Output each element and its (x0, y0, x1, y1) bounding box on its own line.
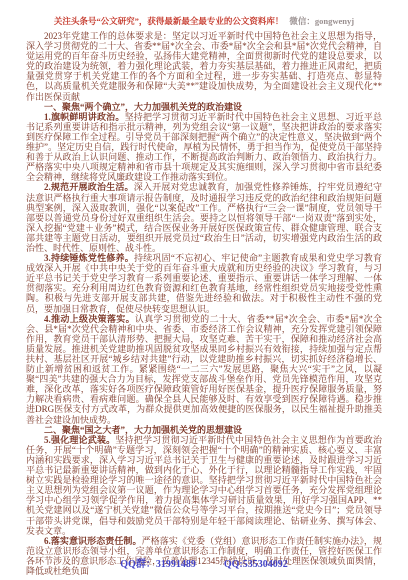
header-banner: 关注头条号“公文研究”，获得最新最全最专业的公文资料库！微信：gongwenyj (0, 0, 408, 27)
banner-notice: 关注头条号“公文研究”，获得最新最全最专业的公文资料库！ (54, 16, 284, 26)
paragraph-2: 2.规范开展政治生活。深入开展对党忠诚教育，加强党性修养锤炼，拧牢党员遵纪守法意… (26, 182, 382, 253)
page: { "header": { "notice": "关注头条号“公文研究”，获得最… (0, 0, 408, 580)
section-heading-2: 二、聚焦“国之大者”，大力加强机关党的思想建设 (26, 425, 382, 435)
footer-contact: QQ群：31991489QQ:535304092 (0, 555, 408, 570)
paragraph-lead: 5.强化理论武装。 (44, 435, 115, 445)
qq-group-number: QQ群：31991489 (120, 559, 196, 570)
paragraph-text: 认真学习贯彻党的二十大、省委**届*次全会、市委*届*次全会、县*届*次党代会精… (26, 314, 382, 425)
paragraph-5: 5.强化理论武装。坚持把学习贯彻习近平新时代中国特色社会主义思想作为首要政治任务… (26, 435, 382, 536)
heading-text: 二、聚焦“国之大者”，大力加强机关党的思想建设 (44, 425, 242, 435)
paragraph-3: 3.持续锤炼党性修养。持续巩固“不忘初心、牢记使命”主题教育成果和党史学习教育成… (26, 253, 382, 314)
heading-text: 一、聚焦“两个确立”，大力加强机关党的政治建设 (44, 102, 242, 112)
banner-wechat: 微信：gongwenyj (289, 16, 354, 26)
paragraph-lead: 3.持续锤炼党性修养。 (44, 253, 134, 263)
paragraph-text: 坚持把学习贯彻习近平新时代中国特色社会主义思想、习近平总书记系列重要讲话和指示批… (26, 112, 382, 183)
document-body: 2023年党建工作的总体要求是：坚定以习近平新时代中国特色社会主义思想为指导，深… (26, 31, 382, 576)
paragraph-lead: 1.旗帜鲜明讲政治。 (44, 112, 125, 122)
paragraph-text: 持续巩固“不忘初心、牢记使命”主题教育成果和党史学习教育成效深入开展《中共中央关… (26, 253, 382, 313)
paragraph-text: 2023年党建工作的总体要求是：坚定以习近平新时代中国特色社会主义思想为指导，深… (26, 31, 382, 102)
paragraph-lead: 2.规范开展政治生活。 (44, 182, 134, 192)
intro-paragraph: 2023年党建工作的总体要求是：坚定以习近平新时代中国特色社会主义思想为指导，深… (26, 31, 382, 102)
qq-number: QQ:535304092 (224, 559, 288, 570)
paragraph-4: 4.推动上级决策落实。认真学习贯彻党的二十大、省委**届*次全会、市委*届*次全… (26, 314, 382, 425)
section-heading-1: 一、聚焦“两个确立”，大力加强机关党的政治建设 (26, 102, 382, 112)
paragraph-text: 深入开展对党忠诚教育，加强党性修养锤炼，拧牢党员遵纪守法意识严格执行重大事项请示… (26, 182, 382, 253)
paragraph-lead: 6.落实意识形态责任制。 (44, 536, 142, 546)
paragraph-text: 坚持把学习贯彻习近平新时代中国特色社会主义思想作为首要政治任务，开展“十个明确”… (26, 435, 382, 536)
paragraph-lead: 4.推动上级决策落实。 (44, 314, 135, 324)
paragraph-1: 1.旗帜鲜明讲政治。坚持把学习贯彻习近平新时代中国特色社会主义思想、习近平总书记… (26, 112, 382, 183)
